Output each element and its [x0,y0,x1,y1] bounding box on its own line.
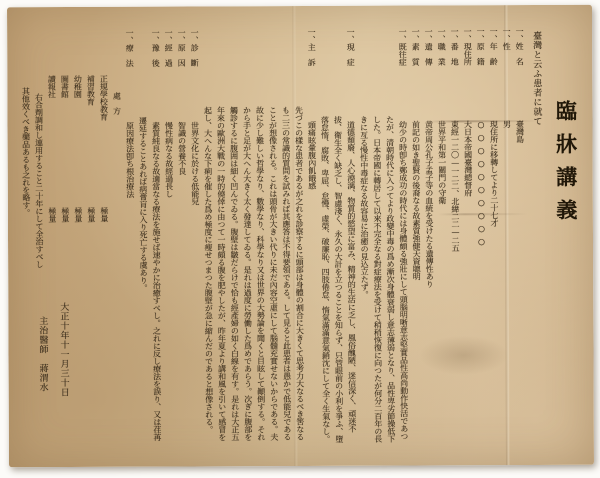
section-sex-label: 一、性 [500,71,513,120]
section-age-value: 現住所に移轉してより二十七才 [489,120,498,226]
section-heredity-value: 黄帝周公孔子孟子等の血統を受けたる遺傳性あり [424,120,434,287]
section-medical-history: 一、既往症幼少の時卽ち鄭成功の時代には身體頗る強壯にして頭腦明晰意志堅實品性高尚… [357,20,411,444]
section-name-value: 臺灣島 [515,120,524,143]
section-course-label: 一、經 過 [162,73,175,122]
section-cause: 一、原 因智識の營養不良 [175,20,190,444]
section-cause-value: 智識の營養不良 [177,121,186,174]
section-heredity: 一、遺 傳黄帝周公孔子孟子等の血統を受けたる遺傳性あり [422,19,437,443]
physician-signature: 主治醫師 蔣渭水 [35,316,48,392]
prescription-item: 補習教育極量 [84,21,99,445]
section-location: 一、番 地東經一二〇—一二二、北緯二二—二五 [448,19,463,443]
prescription-item-name: 補習教育 [84,75,98,207]
section-present-symptoms-value: 道德頹廢、人心澆漓、物質的慾望に富み、精神的生活に乏し、風俗醜陋、迷信深く、頑迷… [320,116,356,443]
section-cause-label: 一、原 因 [175,72,188,121]
section-origin: 一、原 籍○○○○○○○○○○ [474,19,489,443]
prescription-item-name: 幼稚園 [71,75,85,207]
prescription-item-name: 讀報社 [45,75,59,207]
document-subtitle: 臺灣と云ふ患者に就て [529,19,544,443]
section-diagnosis-value: 世界文化に於ける低能兒 [190,121,199,205]
section-occupation: 一、職 業世界平和第一關門の守衛 [435,19,450,443]
section-address-value: 大日本帝國臺灣總督府 [463,120,472,196]
prescription-item-name: 正規學校教育 [97,75,111,207]
document-title: 臨牀講義 [552,19,580,443]
section-constitution: 一、素 質前記の如き聖賢の後裔なる故素質強健天資聰明 [409,19,424,443]
section-origin-value-redacted: ○○○○○○○○○○ [476,120,486,250]
section-therapy: 一、療 法原因療法卽ち根治療法 [123,21,138,445]
section-occupation-label: 一、職 業 [435,71,448,120]
section-location-value: 東經一二〇—一二二、北緯二二—二五 [450,120,460,251]
section-name: 一、姓 名臺灣島 [513,19,528,443]
section-address: 一、現住所大日本帝國臺灣總督府 [461,19,476,443]
section-diagnosis-label: 一、診 斷 [188,72,201,121]
section-age-label: 一、年 齢 [487,71,500,120]
section-medical-history-value: 幼少の時卽ち鄭成功の時代には身體頗る強壯にして頭腦明晰意志堅實品性高尚動作快活で… [359,116,408,443]
prescription-item-dose: 極量 [74,207,83,222]
section-sex: 一、性男 [500,19,515,443]
prescription-item-dose: 極量 [87,207,96,222]
prescription-item-name: 圖書館 [58,75,72,207]
section-course: 一、經 過慢性病なる故經過長し [162,21,177,445]
section-therapy-value: 原因療法卽ち根治療法 [125,122,134,198]
section-sex-value: 男 [502,120,511,128]
section-chief-complaint-label: 一、主 訴 [305,72,318,121]
document-body: 臨牀講義 臺灣と云ふ患者に就て 一、姓 名臺灣島 一、性男 一、年 齢現住所に移… [21,19,580,445]
examination-paragraph: 先づこの樣な患者であるが之れを診察するに頭部は身體の割合に大きくて思考力大なるべ… [201,20,307,444]
section-chief-complaint-value: 頭痛眩暈腹內飢餓感 [307,121,316,189]
scanned-page: 臨牀講義 臺灣と云ふ患者に就て 一、姓 名臺灣島 一、性男 一、年 齢現住所に移… [7,5,594,468]
section-age: 一、年 齢現住所に移轉してより二十七才 [487,19,502,443]
date-line: 大正十年十一月三十日 [56,302,69,397]
section-heredity-label: 一、遺 傳 [422,71,435,120]
section-chief-complaint: 一、主 訴頭痛眩暈腹內飢餓感 [305,20,320,444]
section-constitution-value: 前記の如き聖賢の後裔なる故素質強健天資聰明 [411,120,421,280]
section-present-symptoms-label: 一、現 症 [344,72,357,121]
section-location-label: 一、番 地 [448,71,461,120]
section-occupation-value: 世界平和第一關門の守衛 [437,120,446,204]
section-therapy-label: 一、療 法 [123,73,136,122]
closing-line-2: 其他效くべき藥品あるも之れを略す。 [19,21,34,445]
prescription-item-dose: 極量 [61,207,70,222]
section-medical-history-label: 一、既往症 [396,72,409,121]
section-origin-label: 一、原 籍 [474,71,487,120]
section-prognosis-value: 素質純良なる故適當なる療法を施せば速やかに治癒すべし。之れに反し療法を誤り、又は… [138,117,161,441]
section-course-value: 慢性病なる故經過長し [164,122,173,198]
section-address-label: 一、現住所 [461,71,474,120]
prescription-item: 正規學校教育極量 [97,21,112,445]
section-diagnosis: 一、診 斷世界文化に於ける低能兒 [188,20,203,444]
prescription-item-dose: 極量 [48,207,57,222]
section-name-label: 一、姓 名 [513,71,526,120]
prescription-item-dose: 極量 [100,207,109,222]
section-constitution-label: 一、素 質 [409,71,422,120]
section-prognosis-label: 一、豫 後 [149,73,162,122]
prescription-item: 幼稚園極量 [71,21,86,445]
section-present-symptoms: 一、現 症道德頹廢、人心澆漓、物質的慾望に富み、精神的生活に乏し、風俗醜陋、迷信… [318,20,359,444]
section-prognosis: 一、豫 後素質純良なる故適當なる療法を施せば速やかに治癒すべし。之れに反し療法を… [136,21,164,445]
